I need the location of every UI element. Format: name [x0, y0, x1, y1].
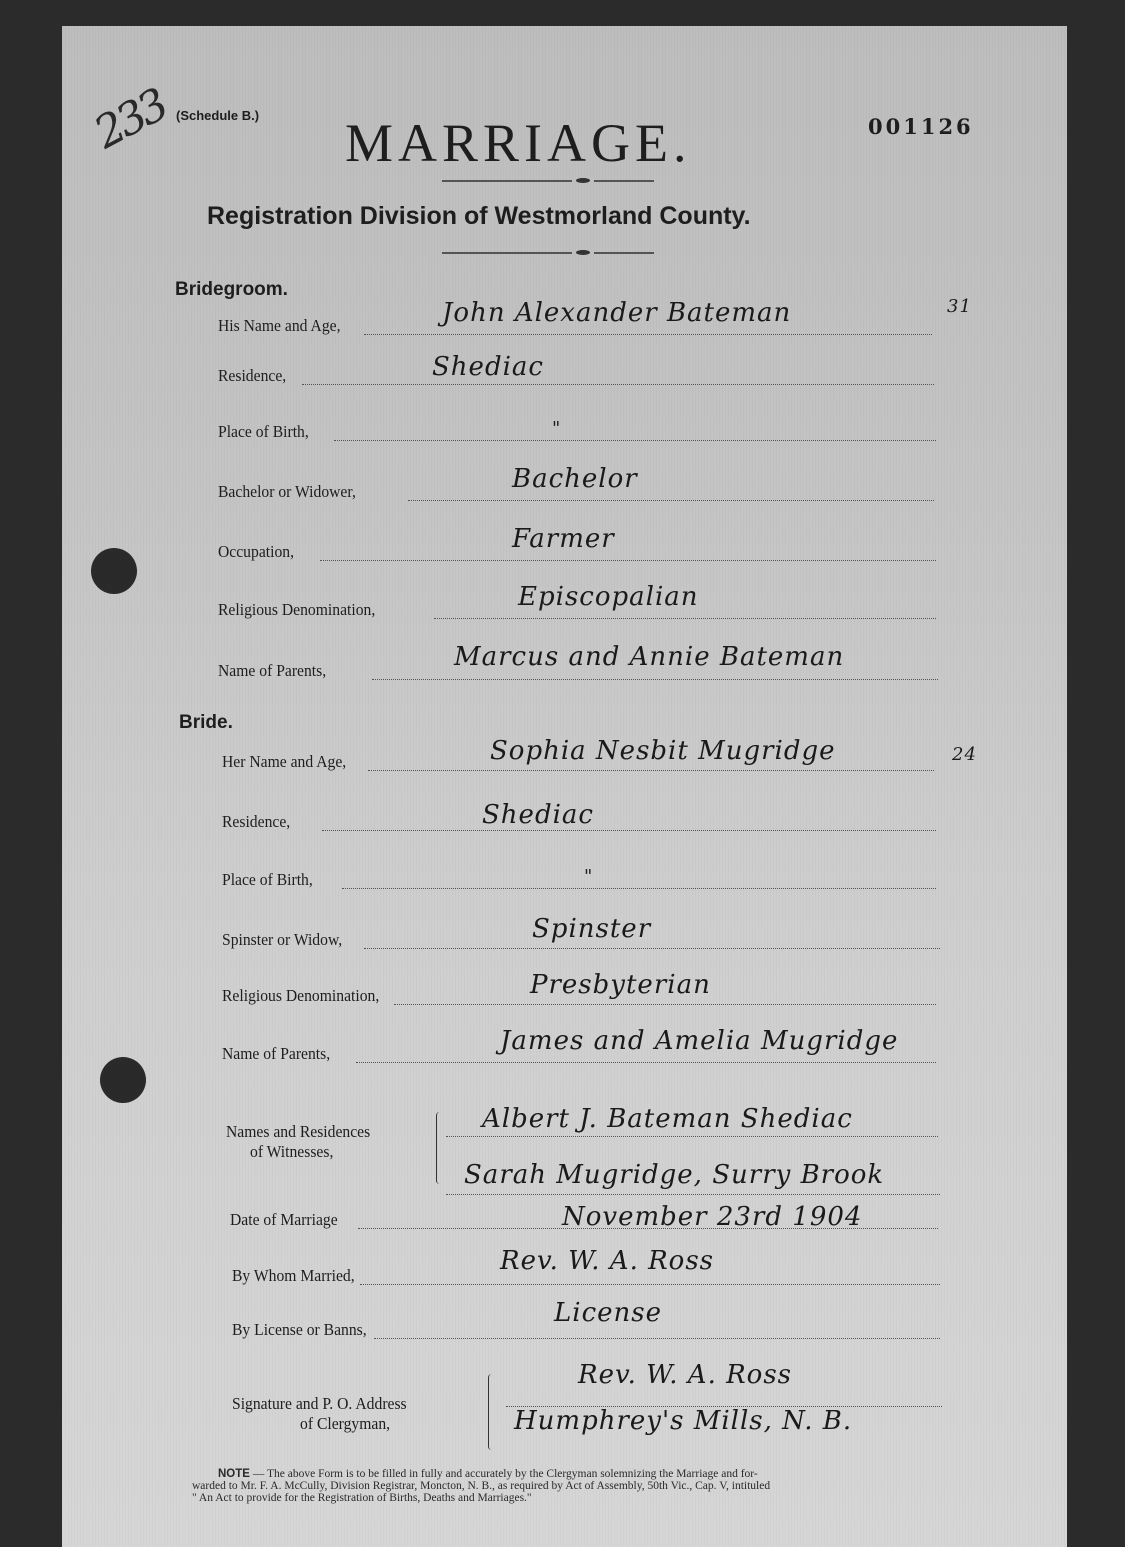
note-line1: — The above Form is to be filled in full… — [250, 1468, 758, 1480]
bride-parents-line — [356, 1062, 936, 1063]
document-page: 233 (Schedule B.) MARRIAGE. 001126 Regis… — [62, 26, 1067, 1547]
groom-religion-value: Episcopalian — [518, 582, 699, 612]
date-of-marriage-label: Date of Marriage — [230, 1210, 338, 1230]
witnesses-label-line1: Names and Residences — [226, 1122, 370, 1142]
license-or-banns-line — [374, 1338, 940, 1339]
bride-name-age-label: Her Name and Age, — [222, 752, 346, 772]
punch-hole-upper — [91, 548, 137, 594]
witness1-value: Albert J. Bateman Shediac — [482, 1104, 853, 1134]
groom-religion-label: Religious Denomination, — [218, 600, 375, 620]
date-of-marriage-value: November 23rd 1904 — [562, 1202, 862, 1232]
witness2-value: Sarah Mugridge, Surry Brook — [464, 1160, 884, 1190]
groom-birthplace-line — [334, 440, 936, 441]
groom-parents-line — [372, 679, 938, 680]
groom-residence-value: Shediac — [432, 352, 544, 382]
note-line3: " An Act to provide for the Registration… — [192, 1492, 972, 1504]
groom-name-age-label: His Name and Age, — [218, 316, 340, 336]
witnesses-brace — [436, 1112, 443, 1184]
by-whom-married-line — [360, 1284, 940, 1285]
schedule-label: (Schedule B.) — [176, 108, 259, 123]
footer-note: NOTE — The above Form is to be filled in… — [192, 1468, 972, 1504]
bride-name-value: Sophia Nesbit Mugridge — [490, 736, 836, 766]
bride-religion-value: Presbyterian — [530, 970, 711, 1000]
groom-occupation-line — [320, 560, 936, 561]
bride-religion-line — [394, 1004, 936, 1005]
witness1-line — [446, 1136, 938, 1137]
by-whom-married-label: By Whom Married, — [232, 1266, 355, 1286]
title-ornament — [442, 178, 654, 183]
groom-age-value: 31 — [947, 296, 972, 317]
groom-religion-line — [434, 618, 936, 619]
bride-status-label: Spinster or Widow, — [222, 930, 342, 950]
bride-religion-label: Religious Denomination, — [222, 986, 379, 1006]
groom-status-label: Bachelor or Widower, — [218, 482, 356, 502]
clergyman-label-line2: of Clergyman, — [300, 1414, 390, 1434]
groom-status-value: Bachelor — [512, 464, 638, 494]
bride-name-age-line — [368, 770, 934, 771]
punch-hole-lower — [100, 1057, 146, 1103]
bride-status-line — [364, 948, 940, 949]
handwritten-reference-mark: 233 — [86, 80, 174, 159]
bride-parents-value: James and Amelia Mugridge — [500, 1026, 898, 1056]
groom-name-age-line — [364, 334, 932, 335]
serial-number: 001126 — [868, 114, 974, 139]
bride-residence-label: Residence, — [222, 812, 290, 832]
witnesses-label-line2: of Witnesses, — [250, 1142, 333, 1162]
license-or-banns-label: By License or Banns, — [232, 1320, 367, 1340]
bride-age-value: 24 — [952, 744, 977, 765]
bridegroom-heading: Bridegroom. — [175, 279, 288, 301]
registration-division-heading: Registration Division of Westmorland Cou… — [207, 202, 751, 231]
groom-parents-label: Name of Parents, — [218, 661, 326, 681]
bride-residence-value: Shediac — [482, 800, 594, 830]
groom-status-line — [408, 500, 934, 501]
witness2-line — [446, 1194, 940, 1195]
groom-birthplace-value: " — [552, 418, 561, 439]
clergyman-address-value: Humphrey's Mills, N. B. — [514, 1406, 852, 1436]
license-or-banns-value: License — [554, 1298, 662, 1328]
groom-occupation-value: Farmer — [512, 524, 615, 554]
document-title: MARRIAGE. — [345, 112, 692, 174]
bride-birthplace-value: " — [584, 866, 593, 887]
groom-parents-value: Marcus and Annie Bateman — [454, 642, 844, 672]
bride-status-value: Spinster — [532, 914, 651, 944]
bride-residence-line — [322, 830, 936, 831]
note-line2: warded to Mr. F. A. McCully, Division Re… — [192, 1480, 972, 1492]
subtitle-ornament — [442, 250, 654, 255]
bride-parents-label: Name of Parents, — [222, 1044, 330, 1064]
by-whom-married-value: Rev. W. A. Ross — [500, 1246, 714, 1276]
groom-residence-line — [302, 384, 934, 385]
clergyman-label-line1: Signature and P. O. Address — [232, 1394, 407, 1414]
groom-occupation-label: Occupation, — [218, 542, 294, 562]
clergyman-brace — [488, 1374, 495, 1450]
bride-birthplace-line — [342, 888, 936, 889]
clergyman-signature-value: Rev. W. A. Ross — [578, 1360, 792, 1390]
bride-heading: Bride. — [179, 712, 233, 734]
groom-residence-label: Residence, — [218, 366, 286, 386]
note-lead: NOTE — [218, 1468, 250, 1480]
groom-name-value: John Alexander Bateman — [442, 298, 791, 328]
groom-birthplace-label: Place of Birth, — [218, 422, 309, 442]
bride-birthplace-label: Place of Birth, — [222, 870, 313, 890]
